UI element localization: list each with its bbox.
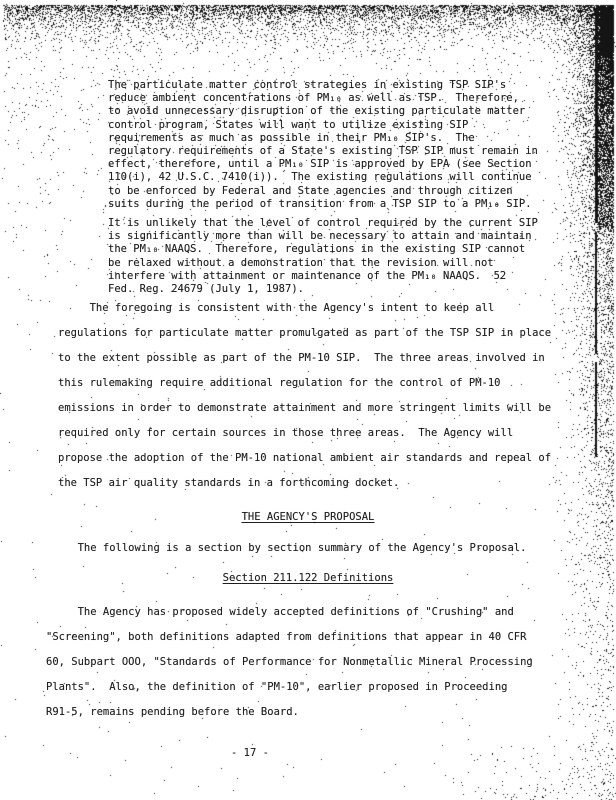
text-line: The Agency has proposed widely accepted …: [46, 600, 533, 625]
text-line: be relaxed without a demonstration that …: [108, 257, 538, 270]
paragraph-definitions: The Agency has proposed widely accepted …: [46, 600, 533, 725]
text-line: the PM₁₀ NAAQS. Therefore, regulations i…: [108, 243, 538, 256]
paragraph-following-summary: The following is a section by section su…: [46, 536, 526, 561]
heading-underlined-text: THE AGENCY'S PROPOSAL: [242, 511, 375, 523]
text-line: R91-5, remains pending before the Board.: [46, 700, 533, 725]
text-line: emissions in order to demonstrate attain…: [58, 396, 551, 421]
text-line: interfere with attainment or maintenance…: [108, 270, 538, 283]
text-line: is significantly more than will be neces…: [108, 230, 538, 243]
text-line: Plants". Also, the definition of "PM-10"…: [46, 675, 533, 700]
text-line: to the extent possible as part of the PM…: [58, 346, 551, 371]
blockquote-transition-policy: The particulate matter control strategie…: [108, 79, 538, 211]
text-line: control program, States will want to uti…: [108, 119, 538, 132]
text-line: the TSP air quality standards in a forth…: [58, 471, 551, 496]
scanned-document-page: The particulate matter control strategie…: [0, 0, 616, 800]
section-heading-agencys-proposal: THE AGENCY'S PROPOSAL: [0, 510, 616, 524]
text-line: to avoid unnecessary disruption of the e…: [108, 105, 538, 118]
text-line: this rulemaking require additional regul…: [58, 371, 551, 396]
text-line: required only for certain sources in tho…: [58, 421, 551, 446]
page-number: - 17 -: [0, 746, 500, 760]
text-line: "Screening", both definitions adapted fr…: [46, 625, 533, 650]
text-line: Fed. Reg. 24679 (July 1, 1987).: [108, 283, 538, 296]
text-line: It is unlikely that the level of control…: [108, 217, 538, 230]
section-heading-definitions: Section 211.122 Definitions: [0, 571, 616, 585]
text-line: to be enforced by Federal and State agen…: [108, 185, 538, 198]
paragraph-foregoing: The foregoing is consistent with the Age…: [58, 296, 551, 496]
text-line: effect, therefore, until a PM₁₀ SIP is a…: [108, 158, 538, 171]
text-line: The following is a section by section su…: [46, 536, 526, 561]
text-line: propose the adoption of the PM-10 nation…: [58, 446, 551, 471]
text-line: The foregoing is consistent with the Age…: [58, 296, 551, 321]
text-line: The particulate matter control strategie…: [108, 79, 538, 92]
heading-underlined-text: Section 211.122 Definitions: [223, 572, 394, 584]
text-line: suits during the period of transition fr…: [108, 198, 538, 211]
text-line: requirements as much as possible in thei…: [108, 132, 538, 145]
blockquote-level-of-control: It is unlikely that the level of control…: [108, 217, 538, 296]
text-line: regulatory requirements of a State's exi…: [108, 145, 538, 158]
text-line: 110(i), 42 U.S.C. 7410(i)). The existing…: [108, 171, 538, 184]
text-line: reduce ambient concentrations of PM₁₀ as…: [108, 92, 538, 105]
text-line: 60, Subpart OOO, "Standards of Performan…: [46, 650, 533, 675]
text-line: regulations for particulate matter promu…: [58, 321, 551, 346]
